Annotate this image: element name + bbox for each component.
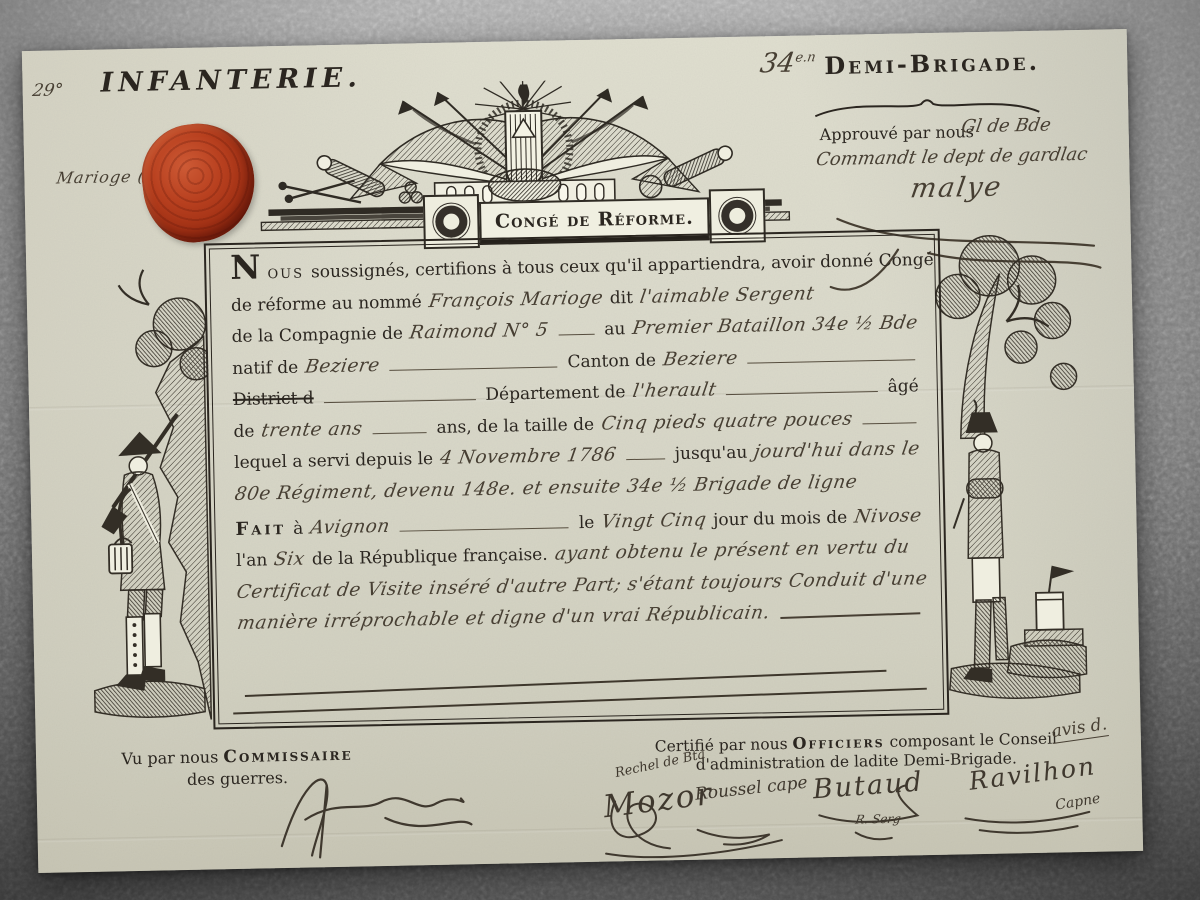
approver-rank-handwritten: Gl de Bde — [960, 115, 1052, 138]
document-line: District dDépartement del'heraultâgé — [233, 375, 919, 410]
red-wax-seal — [136, 117, 262, 248]
handwritten-text: trente ans — [260, 418, 364, 441]
handwritten-text: 4 Novembre 1786 — [438, 444, 617, 469]
certificate-text-box: Noussoussignés, certifions à tous ceux q… — [204, 229, 950, 730]
printed-text: Département de — [485, 382, 625, 405]
blank-rule — [372, 432, 426, 434]
document-line: lequel a servi depuis le4 Novembre 1786j… — [234, 438, 920, 473]
officer-signatures: Rechel de Bta Mozor Roussel cape Butaud … — [596, 743, 1118, 871]
blank-rule — [626, 458, 665, 460]
signature-5: R. Serg — [854, 812, 902, 827]
wreath-ring-icon — [435, 205, 468, 238]
document-line: 80e Régiment, devenu 148e. et ensuite 34… — [235, 470, 921, 505]
brigade-number: 34 — [758, 48, 797, 80]
blank-rule — [559, 334, 595, 336]
printed-text: à — [293, 518, 304, 538]
handwritten-text: Raimond N° 5 — [408, 320, 550, 344]
printed-text: lequel a servi depuis le — [234, 449, 433, 473]
handwritten-text: Beziere — [304, 355, 382, 378]
printed-text: District d — [233, 388, 314, 410]
handwritten-text: Certificat de Visite inséré d'autre Part… — [235, 568, 929, 603]
printed-text: de la Compagnie de — [231, 324, 403, 347]
veteran-soldier-engraving-left — [78, 242, 216, 726]
handwritten-text: jourd'hui dans le — [753, 438, 922, 462]
blank-rule — [780, 612, 920, 619]
document-paper: 29° Marioge (Fois) INFANTERIE. 34e.n Dem… — [22, 29, 1143, 873]
document-line: de la Compagnie deRaimond N° 5auPremier … — [231, 312, 917, 347]
printed-text: de réforme au nommé — [231, 292, 422, 316]
blank-rule — [400, 527, 569, 531]
blank-rule — [862, 422, 916, 424]
printed-text: ous — [267, 262, 304, 284]
printed-text: jour du mois de — [713, 507, 847, 530]
brigade-number-suffix: e.n — [794, 50, 817, 65]
handwritten-text: l'aimable Sergent — [638, 283, 815, 308]
approved-by-label: Approuvé par nous — [820, 122, 975, 144]
printed-text: âgé — [887, 376, 918, 397]
printed-text: natif de — [232, 357, 298, 378]
handwritten-text: François Marioge — [427, 287, 604, 312]
printed-text: jusqu'au — [675, 443, 748, 464]
handwritten-text: Avignon — [309, 515, 392, 538]
handwritten-text: Cinq pieds quatre pouces — [599, 408, 853, 434]
printed-text: le — [579, 512, 595, 532]
printed-text: dit — [610, 287, 634, 307]
document-line: manière irréprochable et digne d'un vrai… — [237, 599, 923, 634]
brigade-number-handwritten: 34e.n — [758, 47, 817, 79]
wreath-ring-icon — [721, 200, 754, 233]
vu-par-nous-label: Vu par nous — [121, 747, 223, 768]
handwritten-text: 80e Régiment, devenu 148e. et ensuite 34… — [233, 471, 859, 505]
sentry-soldier-engraving-right — [929, 224, 1091, 709]
document-line: detrente ansans, de la taille deCinq pie… — [233, 407, 919, 442]
printed-text: au — [604, 319, 625, 339]
document-lines: Noussoussignés, certifions à tous ceux q… — [206, 231, 948, 728]
handwritten-text: Premier Bataillon 34e ½ Bde — [631, 312, 919, 339]
printed-text: de — [233, 421, 254, 441]
blank-rule — [390, 366, 558, 370]
handwritten-text: Nivose — [853, 505, 923, 527]
printed-text: ans, de la taille de — [436, 414, 594, 437]
handwritten-text: Beziere — [661, 347, 739, 370]
document-line: de réforme au nomméFrançois Mariogeditl'… — [231, 281, 917, 316]
printed-text: l'an — [236, 550, 268, 571]
blank-rule — [747, 359, 915, 363]
document-line: Noussoussignés, certifions à tous ceux q… — [230, 246, 916, 284]
printed-text: soussignés, certifions à tous ceux qu'il… — [311, 250, 934, 282]
document-line: natif deBeziereCanton deBeziere — [232, 344, 918, 379]
handwritten-text: l'herault — [631, 379, 718, 402]
handwritten-text: Vingt Cinq — [600, 509, 708, 532]
handwritten-text: manière irréprochable et digne d'un vrai… — [236, 602, 772, 634]
printed-text: N — [230, 259, 260, 276]
printed-text: de la République française. — [312, 545, 548, 570]
document-line: FaitàAvignonleVingt Cinqjour du mois deN… — [235, 505, 921, 540]
document-line: Certificat de Visite inséré d'autre Part… — [237, 568, 923, 603]
commissaire-signature-flourish — [264, 754, 481, 863]
blank-rule — [324, 399, 476, 403]
corner-number-note: 29° — [31, 80, 64, 101]
printed-text: Canton de — [567, 350, 656, 372]
demi-brigade-title: Demi-Brigade. — [824, 47, 1040, 80]
document-line: l'anSixde la République française.ayant … — [236, 536, 922, 571]
printed-text: Fait — [235, 517, 286, 539]
handwritten-text: Six — [273, 549, 307, 571]
avis-handwritten-note: avis d. — [1050, 714, 1108, 744]
blank-rule — [726, 391, 878, 395]
handwritten-text: ayant obtenu le présent en vertu du — [553, 536, 911, 564]
